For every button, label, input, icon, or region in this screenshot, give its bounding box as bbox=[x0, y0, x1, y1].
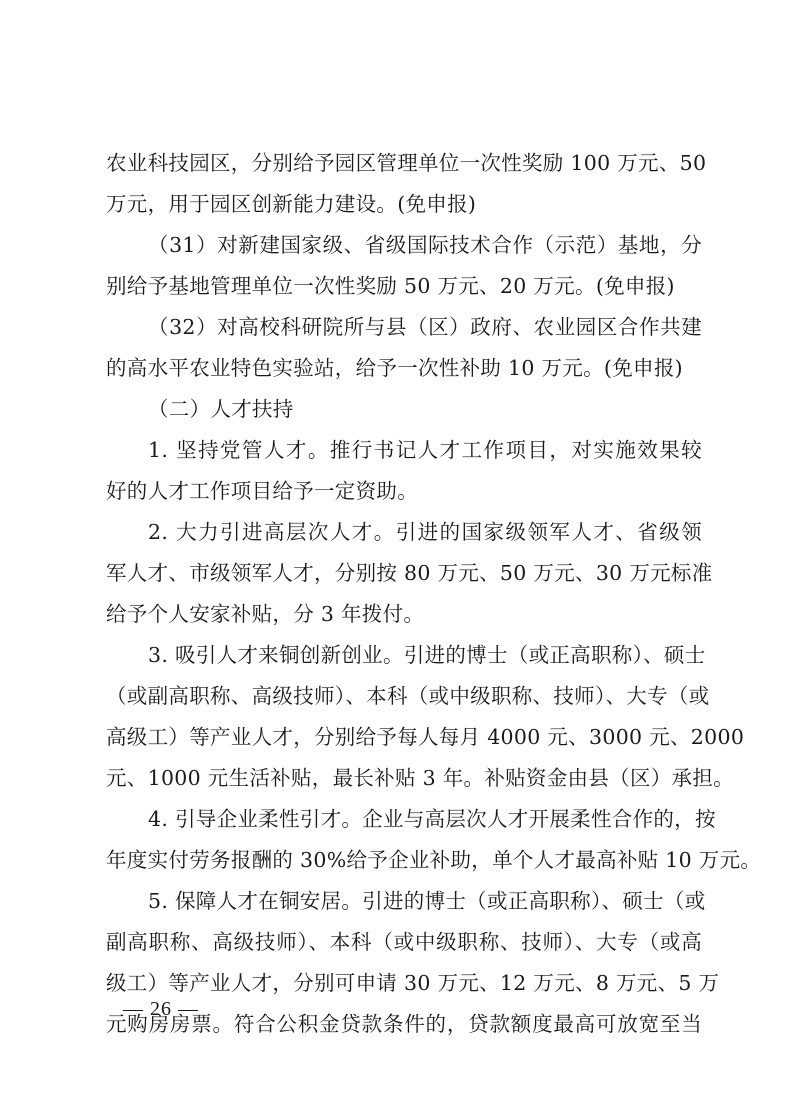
text-line-4: 别给予基地管理单位一次性奖励 50 万元、20 万元。(免申报) bbox=[106, 266, 702, 307]
text-line-15: 高级工）等产业人才，分别给予每人每月 4000 元、3000 元、2000 bbox=[106, 717, 702, 758]
text-line-10: 2. 大力引进高层次人才。引进的国家级领军人才、省级领 bbox=[106, 512, 702, 553]
text-line-5: （32）对高校科研院所与县（区）政府、农业园区合作共建 bbox=[106, 307, 702, 348]
text-line-3: （31）对新建国家级、省级国际技术合作（示范）基地，分 bbox=[106, 225, 702, 266]
text-line-16: 元、1000 元生活补贴，最长补贴 3 年。补贴资金由县（区）承担。 bbox=[106, 758, 702, 799]
text-line-8: 1. 坚持党管人才。推行书记人才工作项目，对实施效果较 bbox=[106, 430, 702, 471]
text-line-17: 4. 引导企业柔性引才。企业与高层次人才开展柔性合作的，按 bbox=[106, 799, 702, 840]
text-line-18: 年度实付劳务报酬的 30%给予企业补助，单个人才最高补贴 10 万元。 bbox=[106, 840, 702, 881]
document-page-body: 农业科技园区，分别给予园区管理单位一次性奖励 100 万元、50 万元，用于园区… bbox=[106, 143, 702, 1045]
text-line-20: 副高职称、高级技师）、本科（或中级职称、技师）、大专（或高 bbox=[106, 922, 702, 963]
section-heading-talent-support: （二）人才扶持 bbox=[106, 389, 702, 430]
text-line-14: （或副高职称、高级技师）、本科（或中级职称、技师）、大专（或 bbox=[106, 676, 702, 717]
text-line-9: 好的人才工作项目给予一定资助。 bbox=[106, 471, 702, 512]
text-line-11: 军人才、市级领军人才，分别按 80 万元、50 万元、30 万元标准 bbox=[106, 553, 702, 594]
text-line-13: 3. 吸引人才来铜创新创业。引进的博士（或正高职称）、硕士 bbox=[106, 635, 702, 676]
text-line-6: 的高水平农业特色实验站，给予一次性补助 10 万元。(免申报) bbox=[106, 348, 702, 389]
text-line-12: 给予个人安家补贴，分 3 年拨付。 bbox=[106, 594, 702, 635]
text-line-2: 万元，用于园区创新能力建设。(免申报) bbox=[106, 184, 702, 225]
text-line-19: 5. 保障人才在铜安居。引进的博士（或正高职称）、硕士（或 bbox=[106, 881, 702, 922]
page-number: — 26 — bbox=[123, 998, 199, 1021]
text-line-1: 农业科技园区，分别给予园区管理单位一次性奖励 100 万元、50 bbox=[106, 143, 702, 184]
